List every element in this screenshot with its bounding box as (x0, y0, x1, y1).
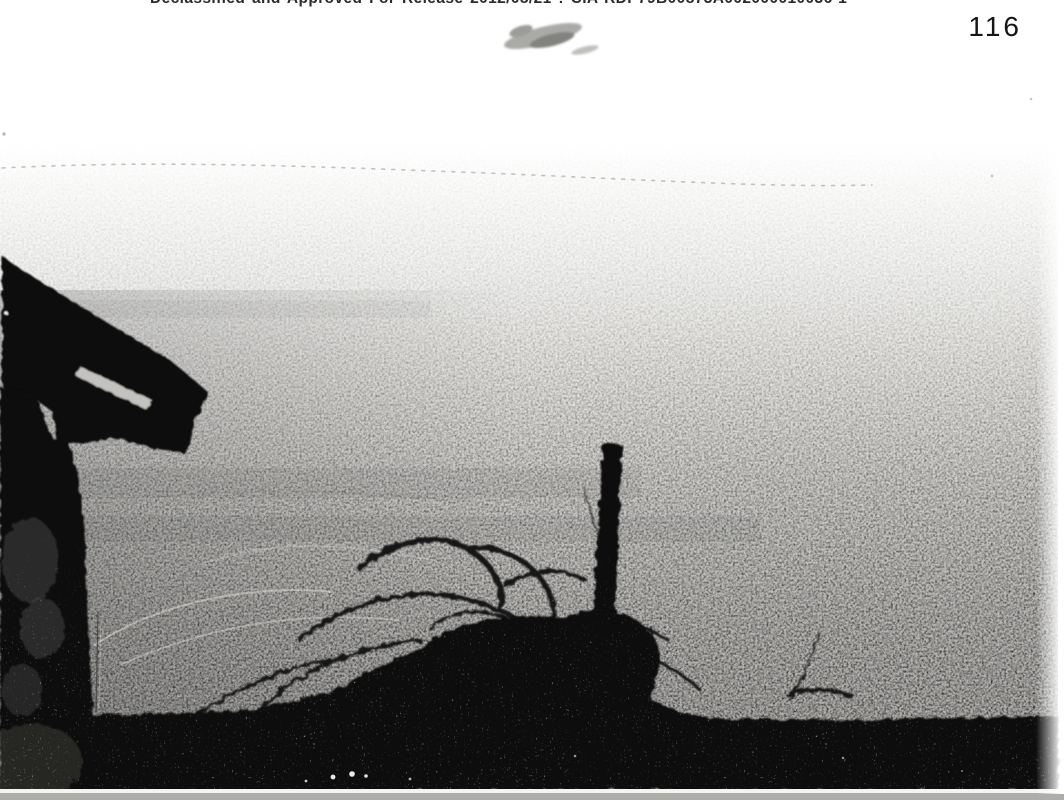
photograph-canvas (0, 0, 1064, 800)
photo-bottom-edge (0, 789, 1064, 800)
photograph (0, 0, 1064, 800)
document-page: Declassified and Approved For Release 20… (0, 0, 1064, 800)
photocopy-smudge-artifact (502, 18, 599, 57)
salt-grain-overlay (0, 520, 1058, 796)
photo-right-edge-fade (1036, 140, 1064, 794)
